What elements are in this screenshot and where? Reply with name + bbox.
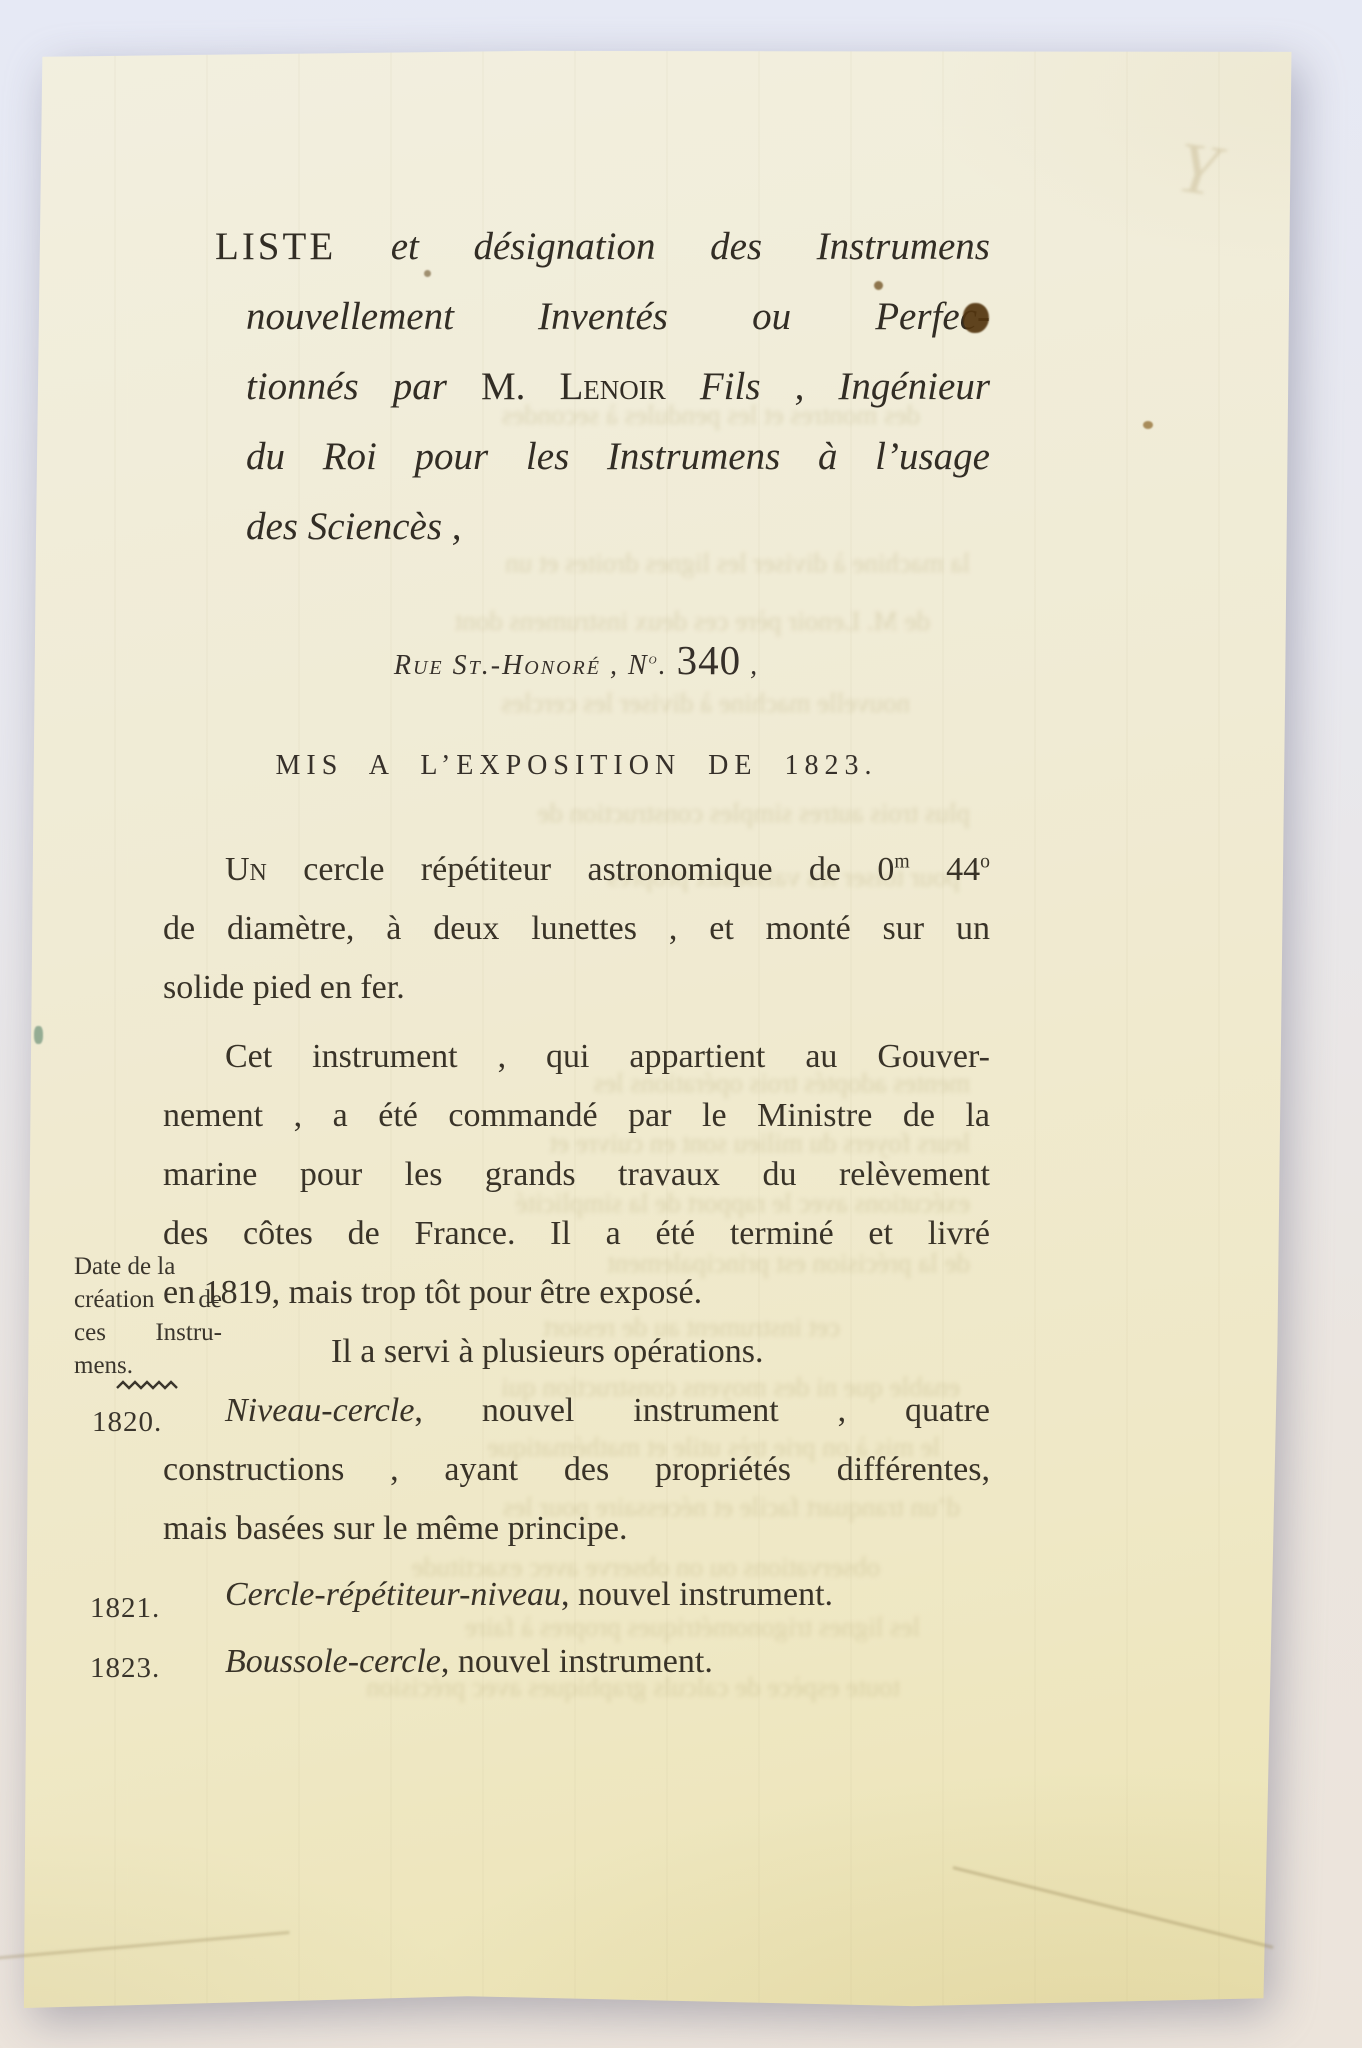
p5-line1-rest: , nouvel instrument. [561, 1576, 833, 1613]
ink-speck [874, 281, 883, 290]
margin-note-line-2: création de [74, 1283, 222, 1316]
heading-line-5: des Sciencès , [246, 504, 990, 551]
address-number: 340 [677, 637, 742, 683]
margin-note-line-1: Date de la [74, 1250, 222, 1283]
p1-superscript-m: m [894, 851, 909, 873]
heading-line-3-pre: tionnés par [246, 365, 481, 408]
ink-speck [424, 270, 431, 277]
paragraph-2-line-4: des côtes de France. Il a été terminé et… [163, 1213, 990, 1256]
paper-crease [953, 1866, 1274, 1949]
p1-superscript-o: o [980, 851, 990, 873]
paragraph-5-line-1: Cercle-répétiteur-niveau, nouvel instrum… [163, 1574, 990, 1617]
paragraph-2-line-3: marine pour les grands travaux du relève… [163, 1154, 990, 1197]
address-street: Rue St.-Honoré , N [394, 650, 649, 681]
margin-note-line-3: ces Instru- [74, 1316, 222, 1349]
p1-line1-a: cercle répétiteur astronomique de 0 [267, 851, 895, 888]
heading-line-4: du Roi pour les Instrumens à l’usage [246, 434, 990, 481]
margin-squiggle-icon [116, 1378, 178, 1397]
heading-line-1-rest: et désignation des Instrumens [336, 225, 990, 268]
paragraph-4-line-2: constructions , ayant des propriétés dif… [163, 1449, 990, 1492]
paragraph-2-line-5: en 1819, mais trop tôt pour être exposé. [163, 1272, 990, 1315]
page-content: LISTE et désignation des Instrumens nouv… [0, 0, 1362, 2048]
paragraph-1-line-3: solide pied en fer. [163, 967, 990, 1010]
heading-line-3-post: Fils , Ingénieur [700, 365, 990, 408]
p4-line1-rest: , nouvel instrument , quatre [414, 1392, 990, 1429]
heading-line-3: tionnés par M. Lenoir Fils , Ingénieur [246, 364, 990, 411]
p1-lead-word: Un [225, 851, 267, 888]
instrument-name-boussole-cercle: Boussole-cercle [225, 1643, 441, 1680]
paragraph-2-line-1: Cet instrument , qui appartient au Gouve… [163, 1036, 990, 1079]
maker-name: M. Lenoir [481, 365, 700, 408]
green-speck [34, 1026, 43, 1044]
instrument-name-niveau-cercle: Niveau-cercle [225, 1392, 414, 1429]
paragraph-2-line-2: nement , a été commandé par le Ministre … [163, 1095, 990, 1138]
instrument-name-cercle-repetiteur-niveau: Cercle-répétiteur-niveau [225, 1576, 561, 1613]
ink-speck [1143, 421, 1153, 429]
paper-watermark: Y [1172, 126, 1223, 214]
address-no-dot: . [659, 650, 677, 681]
paragraph-1-line-1: Un cercle répétiteur astronomique de 0m … [163, 849, 990, 892]
p6-line1-rest: , nouvel instrument. [441, 1643, 713, 1680]
address-no-superscript: o [649, 650, 659, 668]
heading-line-2: nouvellement Inventés ou Perfec- [246, 294, 990, 341]
address-tail: , [741, 650, 759, 681]
address-line: Rue St.-Honoré , No. 340 , [163, 636, 990, 684]
margin-date-1823: 1823. [90, 1652, 160, 1685]
paragraph-4-line-3: mais basées sur le même principe. [163, 1508, 990, 1551]
paragraph-3-line-1: Il a servi à plusieurs opérations. [163, 1331, 990, 1374]
paragraph-1-line-2: de diamètre, à deux lunettes , et monté … [163, 908, 990, 951]
paragraph-6-line-1: Boussole-cercle, nouvel instrument. [163, 1641, 990, 1684]
paragraph-4-line-1: Niveau-cercle, nouvel instrument , quatr… [163, 1390, 990, 1433]
exposition-line: MIS A L’EXPOSITION DE 1823. [163, 750, 990, 782]
p1-line1-b: 44 [910, 851, 980, 888]
margin-date-1820: 1820. [92, 1406, 162, 1439]
heading-line-1: LISTE et désignation des Instrumens [215, 224, 990, 271]
margin-date-1821: 1821. [90, 1592, 160, 1625]
heading-lead-word: LISTE [215, 225, 336, 268]
paper-crease [0, 1931, 290, 1960]
